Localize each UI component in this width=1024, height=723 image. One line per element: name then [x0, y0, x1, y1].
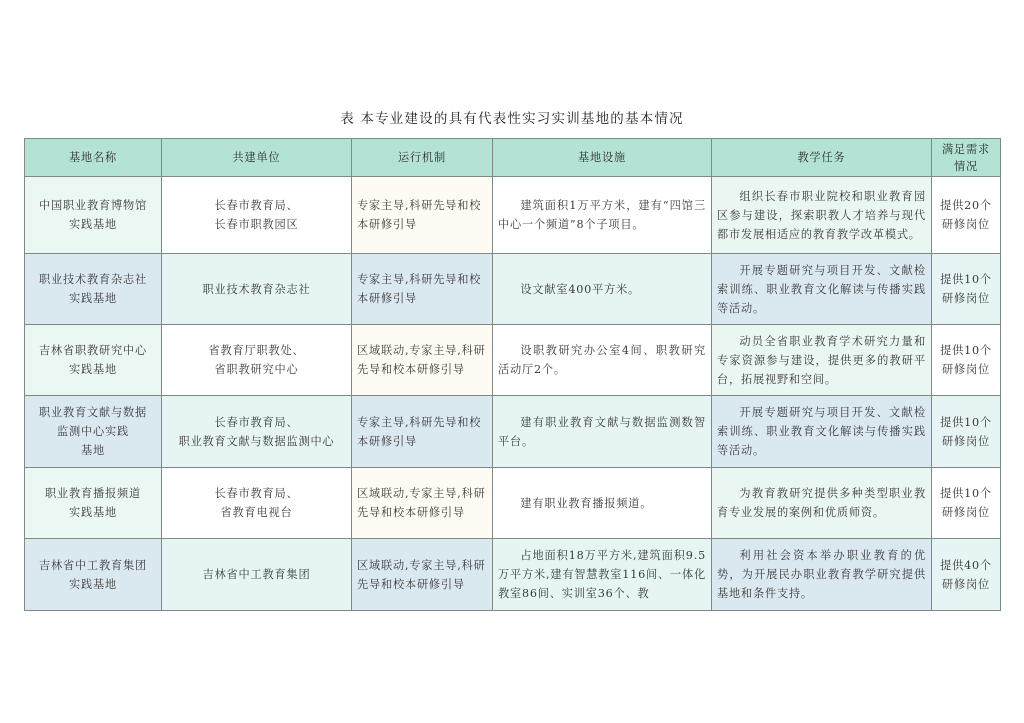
table-row: 吉林省职教研究中心 实践基地 省教育厅职教处、 省职教研究中心 区域联动,专家主…: [25, 325, 1001, 396]
cell-partner: 省教育厅职教处、 省职教研究中心: [162, 325, 352, 396]
cell-base-name: 职业教育文献与数据 监测中心实践 基地: [25, 396, 162, 468]
cell-tasks: 开展专题研究与项目开发、文献检索训练、职业教育文化解读与传播实践等活动。: [712, 254, 932, 325]
cell-demand: 提供10个 研修岗位: [932, 325, 1001, 396]
cell-facilities: 设职教研究办公室4间、职教研究活动厅2个。: [493, 325, 712, 396]
cell-facilities: 建筑面积1万平方米，建有“四馆三中心一个频道”8个子项目。: [493, 177, 712, 254]
cell-mechanism: 专家主导,科研先导和校本研修引导: [352, 396, 493, 468]
header-tasks: 教学任务: [712, 139, 932, 177]
cell-partner: 长春市教育局、 职业教育文献与数据监测中心: [162, 396, 352, 468]
cell-partner: 长春市教育局、 长春市职教园区: [162, 177, 352, 254]
cell-facilities: 建有职业教育播报频道。: [493, 468, 712, 539]
cell-partner: 长春市教育局、 省教育电视台: [162, 468, 352, 539]
cell-mechanism: 区域联动,专家主导,科研先导和校本研修引导: [352, 468, 493, 539]
table-row: 职业教育文献与数据 监测中心实践 基地 长春市教育局、 职业教育文献与数据监测中…: [25, 396, 1001, 468]
cell-partner: 职业技术教育杂志社: [162, 254, 352, 325]
header-demand-line1: 满足需求: [937, 141, 995, 158]
cell-facilities: 占地面积18万平方米,建筑面积9.5万平方米,建有智慧教室116间、一体化教室8…: [493, 539, 712, 611]
cell-demand: 提供10个 研修岗位: [932, 396, 1001, 468]
cell-partner: 吉林省中工教育集团: [162, 539, 352, 611]
training-bases-table: 基地名称 共建单位 运行机制 基地设施 教学任务 满足需求 情况 中国职业教育博…: [24, 138, 1001, 611]
table-title: 表 本专业建设的具有代表性实习实训基地的基本情况: [0, 107, 1024, 127]
cell-base-name: 职业教育播报频道 实践基地: [25, 468, 162, 539]
header-base-name: 基地名称: [25, 139, 162, 177]
cell-tasks: 开展专题研究与项目开发、文献检索训练、职业教育文化解读与传播实践等活动。: [712, 396, 932, 468]
cell-demand: 提供10个 研修岗位: [932, 254, 1001, 325]
header-demand-line2: 情况: [937, 158, 995, 175]
cell-facilities: 建有职业教育文献与数据监测数智平台。: [493, 396, 712, 468]
cell-tasks: 动员全省职业教育学术研究力量和专家资源参与建设，提供更多的教研平台，拓展视野和空…: [712, 325, 932, 396]
cell-base-name: 中国职业教育博物馆 实践基地: [25, 177, 162, 254]
header-demand: 满足需求 情况: [932, 139, 1001, 177]
cell-mechanism: 区域联动,专家主导,科研先导和校本研修引导: [352, 539, 493, 611]
table-row: 职业技术教育杂志社 实践基地 职业技术教育杂志社 专家主导,科研先导和校本研修引…: [25, 254, 1001, 325]
cell-tasks: 利用社会资本举办职业教育的优势，为开展民办职业教育教学研究提供基地和条件支持。: [712, 539, 932, 611]
cell-mechanism: 专家主导,科研先导和校本研修引导: [352, 177, 493, 254]
table-row: 吉林省中工教育集团 实践基地 吉林省中工教育集团 区域联动,专家主导,科研先导和…: [25, 539, 1001, 611]
table-row: 职业教育播报频道 实践基地 长春市教育局、 省教育电视台 区域联动,专家主导,科…: [25, 468, 1001, 539]
table-header-row: 基地名称 共建单位 运行机制 基地设施 教学任务 满足需求 情况: [25, 139, 1001, 177]
cell-demand: 提供10个 研修岗位: [932, 468, 1001, 539]
cell-demand: 提供40个 研修岗位: [932, 539, 1001, 611]
cell-mechanism: 区域联动,专家主导,科研先导和校本研修引导: [352, 325, 493, 396]
table-row: 中国职业教育博物馆 实践基地 长春市教育局、 长春市职教园区 专家主导,科研先导…: [25, 177, 1001, 254]
header-partner: 共建单位: [162, 139, 352, 177]
header-facilities: 基地设施: [493, 139, 712, 177]
cell-base-name: 职业技术教育杂志社 实践基地: [25, 254, 162, 325]
cell-base-name: 吉林省职教研究中心 实践基地: [25, 325, 162, 396]
facilities-text: 占地面积18万平方米,建筑面积9.5万平方米,建有智慧教室116间、一体化教室8…: [498, 546, 706, 603]
cell-tasks: 为教育教研究提供多种类型职业教育专业发展的案例和优质师资。: [712, 468, 932, 539]
cell-base-name: 吉林省中工教育集团 实践基地: [25, 539, 162, 611]
header-mechanism: 运行机制: [352, 139, 493, 177]
cell-tasks: 组织长春市职业院校和职业教育园区参与建设，探索职教人才培养与现代都市发展相适应的…: [712, 177, 932, 254]
cell-demand: 提供20个 研修岗位: [932, 177, 1001, 254]
cell-facilities: 设文献室400平方米。: [493, 254, 712, 325]
cell-mechanism: 专家主导,科研先导和校本研修引导: [352, 254, 493, 325]
